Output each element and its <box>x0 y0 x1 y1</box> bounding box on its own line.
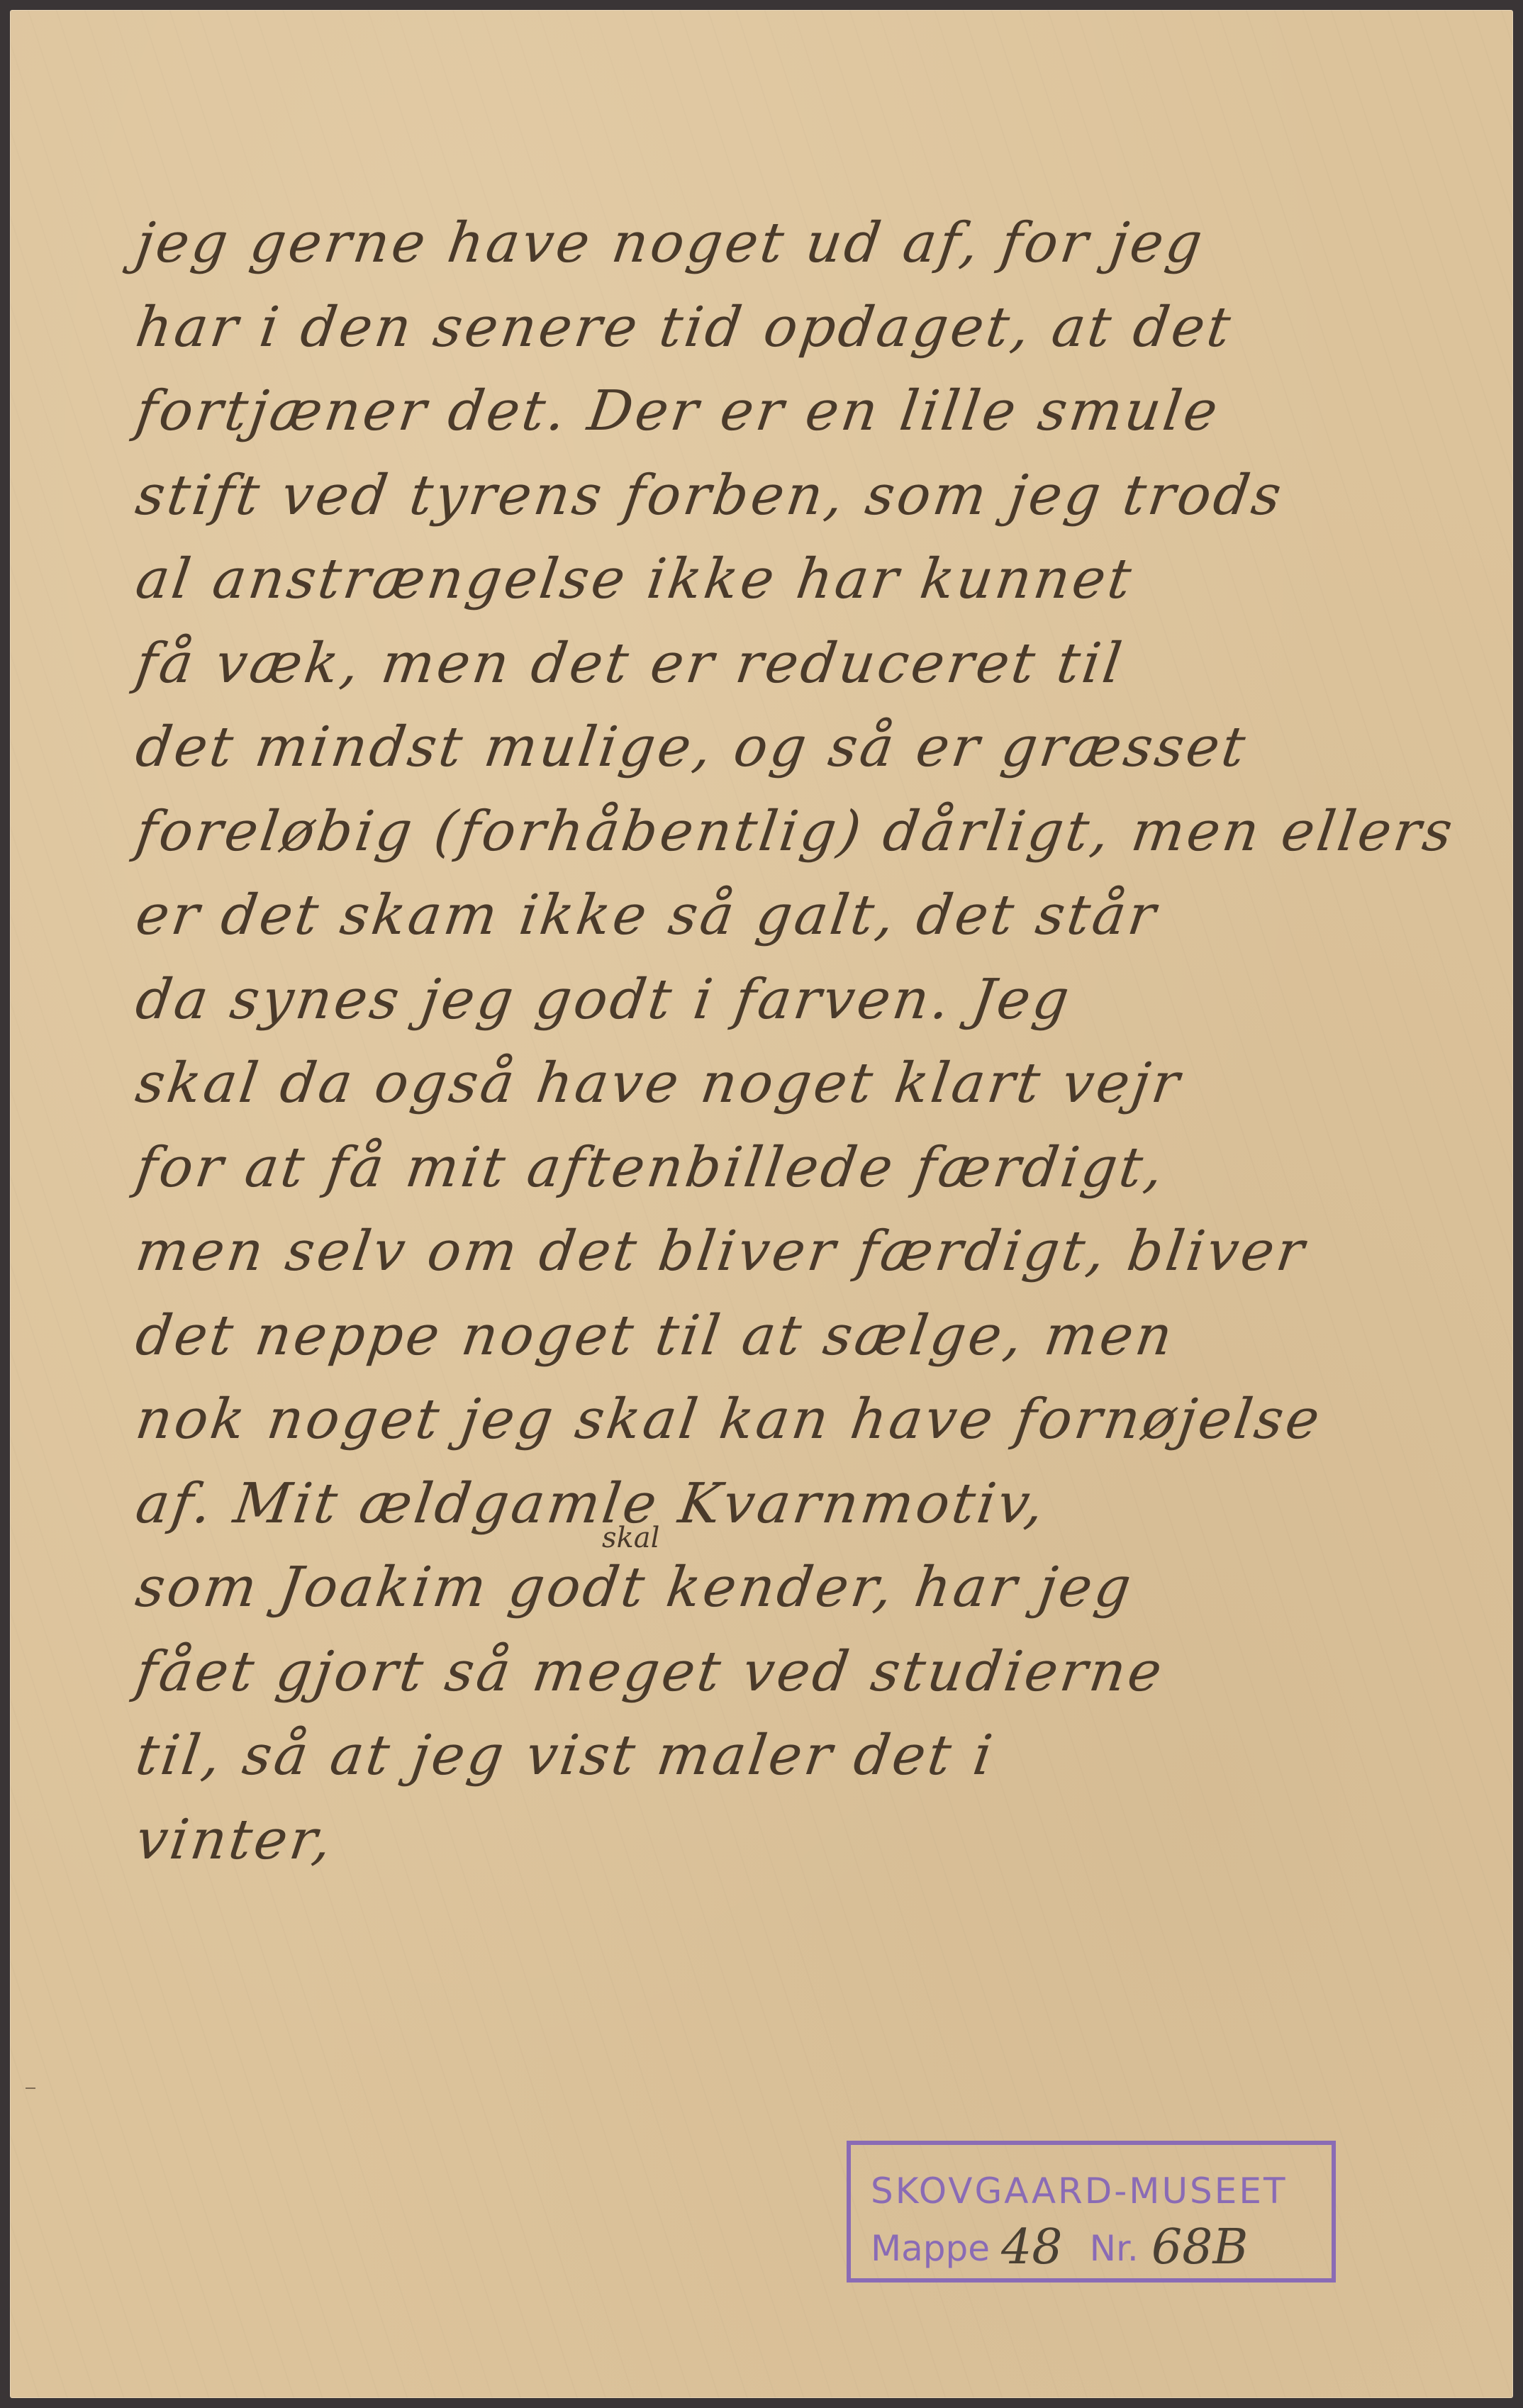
stamp-nr-label: Nr. <box>1090 2227 1139 2270</box>
text-line: det mindst mulige, og så er græsset <box>130 706 1504 790</box>
text-line: da synes jeg godt i farven. Jeg <box>130 958 1504 1042</box>
text-line: stift ved tyrens forben, som jeg trods <box>130 454 1504 538</box>
text-line: som Joakim godt kender, har jeg <box>130 1546 1504 1630</box>
stamp-mappe-label: Mappe <box>871 2227 990 2270</box>
handwritten-text-block: jeg gerne have noget ud af, for jeg har … <box>130 201 1492 1882</box>
text-line: al anstrængelse ikke har kunnet <box>130 537 1504 622</box>
stamp-nr-value: 68B <box>1151 2226 1249 2270</box>
text-line: vinter, <box>130 1798 1504 1883</box>
margin-mark <box>26 2088 35 2089</box>
stamp-mappe-value: 48 <box>1001 2226 1063 2270</box>
text-line: af. Mit ældgamle Kvarnmotiv, <box>130 1462 1504 1546</box>
text-line: for at få mit aftenbillede færdigt, <box>130 1126 1504 1210</box>
text-line: nok noget jeg skal kan have fornøjelse <box>130 1378 1504 1462</box>
letter-page: jeg gerne have noget ud af, for jeg har … <box>10 10 1513 2398</box>
text-line: har i den senere tid opdaget, at det <box>130 286 1504 370</box>
interlinear-insertion: skal <box>602 1522 659 1554</box>
text-line: det neppe noget til at sælge, men <box>130 1294 1504 1378</box>
text-line: fortjæner det. Der er en lille smule <box>130 369 1504 454</box>
stamp-title: SKOVGAARD-MUSEET <box>871 2170 1288 2212</box>
museum-stamp: SKOVGAARD-MUSEET Mappe 48 Nr. 68B <box>847 2141 1336 2282</box>
text-line: til, så at jeg vist maler det i <box>130 1714 1504 1798</box>
text-line: få væk, men det er reduceret til <box>130 622 1504 706</box>
text-line: er det skam ikke så galt, det står <box>130 874 1504 958</box>
stamp-catalog-row: Mappe 48 Nr. 68B <box>871 2220 1248 2270</box>
text-line: fået gjort så meget ved studierne <box>130 1630 1504 1715</box>
text-line: jeg gerne have noget ud af, for jeg <box>130 201 1504 286</box>
text-line: foreløbig (forhåbentlig) dårligt, men el… <box>130 790 1504 874</box>
text-line: men selv om det bliver færdigt, bliver <box>130 1210 1504 1294</box>
text-line: skal da også have noget klart vejr <box>130 1042 1504 1126</box>
